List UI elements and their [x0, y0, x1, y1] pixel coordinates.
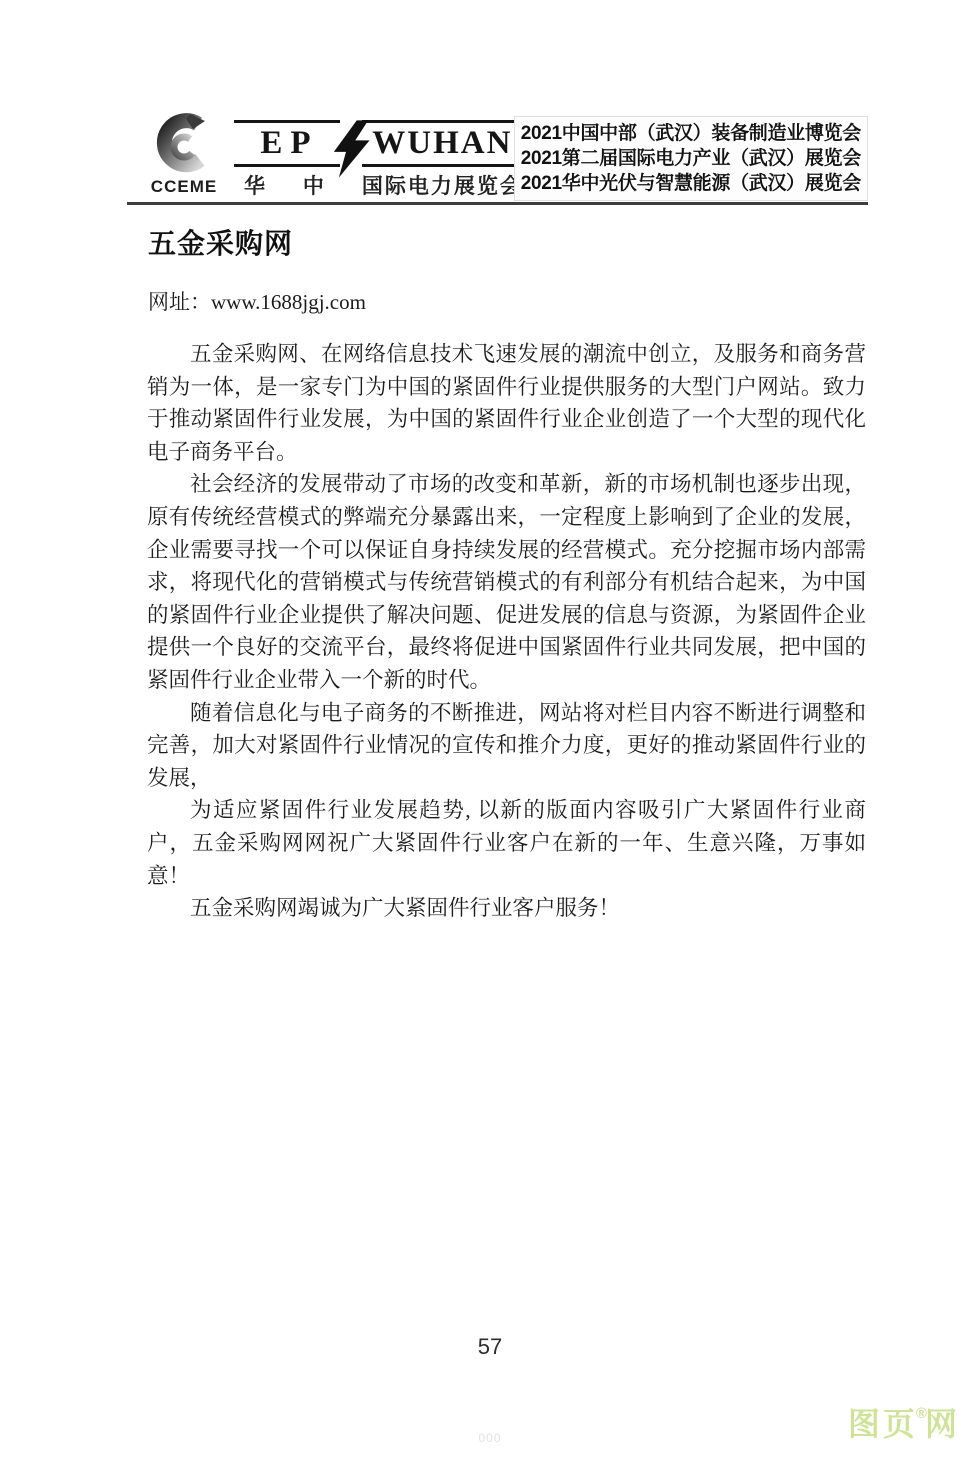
- website-line: 网址：www.1688jgj.com: [148, 286, 366, 316]
- paragraph-5: 五金采购网竭诚为广大紧固件行业客户服务！: [147, 892, 866, 925]
- bottom-faint-mark: 000: [0, 1431, 980, 1445]
- cceme-logo: CCEME: [136, 112, 232, 197]
- ep-wuhan-logo: EP 华 中 WUHAN 国际电力展览会: [234, 120, 523, 200]
- exhibition-line-1: 2021中国中部（武汉）装备制造业博览会: [521, 121, 861, 146]
- page-title: 五金采购网: [148, 222, 293, 262]
- paragraph-3: 随着信息化与电子商务的不断推进，网站将对栏目内容不断进行调整和完善，加大对紧固件…: [147, 697, 866, 795]
- brand-right-column: WUHAN 国际电力展览会: [362, 120, 523, 200]
- exhibition-line-3: 2021华中光伏与智慧能源（武汉）展览会: [521, 171, 861, 196]
- body-text: 五金采购网、在网络信息技术飞速发展的潮流中创立，及服务和商务营销为一体，是一家专…: [147, 338, 866, 925]
- header-divider: [127, 202, 868, 205]
- document-page: CCEME EP 华 中 WUHAN 国际电力展览会 2021中国中部（武汉）装…: [0, 0, 980, 1459]
- exhibition-list: 2021中国中部（武汉）装备制造业博览会 2021第二届国际电力产业（武汉）展览…: [514, 116, 868, 201]
- exhibition-line-2: 2021第二届国际电力产业（武汉）展览会: [521, 146, 861, 171]
- brand-expo-subtitle: 国际电力展览会: [362, 170, 523, 200]
- lightning-bolt-icon: [331, 119, 371, 184]
- cceme-acronym: CCEME: [136, 177, 232, 197]
- paragraph-2: 社会经济的发展带动了市场的改变和革新，新的市场机制也逐步出现，原有传统经营模式的…: [147, 468, 866, 696]
- brand-huazhong-text: 华 中: [234, 170, 340, 200]
- brand-left-column: EP 华 中: [234, 120, 340, 200]
- brand-wuhan-text: WUHAN: [362, 120, 523, 167]
- page-number: 57: [0, 1334, 980, 1360]
- paragraph-4: 为适应紧固件行业发展趋势, 以新的版面内容吸引广大紧固件行业商户，五金采购网网祝…: [147, 794, 866, 892]
- paragraph-1: 五金采购网、在网络信息技术飞速发展的潮流中创立，及服务和商务营销为一体，是一家专…: [147, 338, 866, 468]
- page-header: CCEME EP 华 中 WUHAN 国际电力展览会 2021中国中部（武汉）装…: [128, 112, 868, 204]
- brand-ep-text: EP: [234, 120, 340, 167]
